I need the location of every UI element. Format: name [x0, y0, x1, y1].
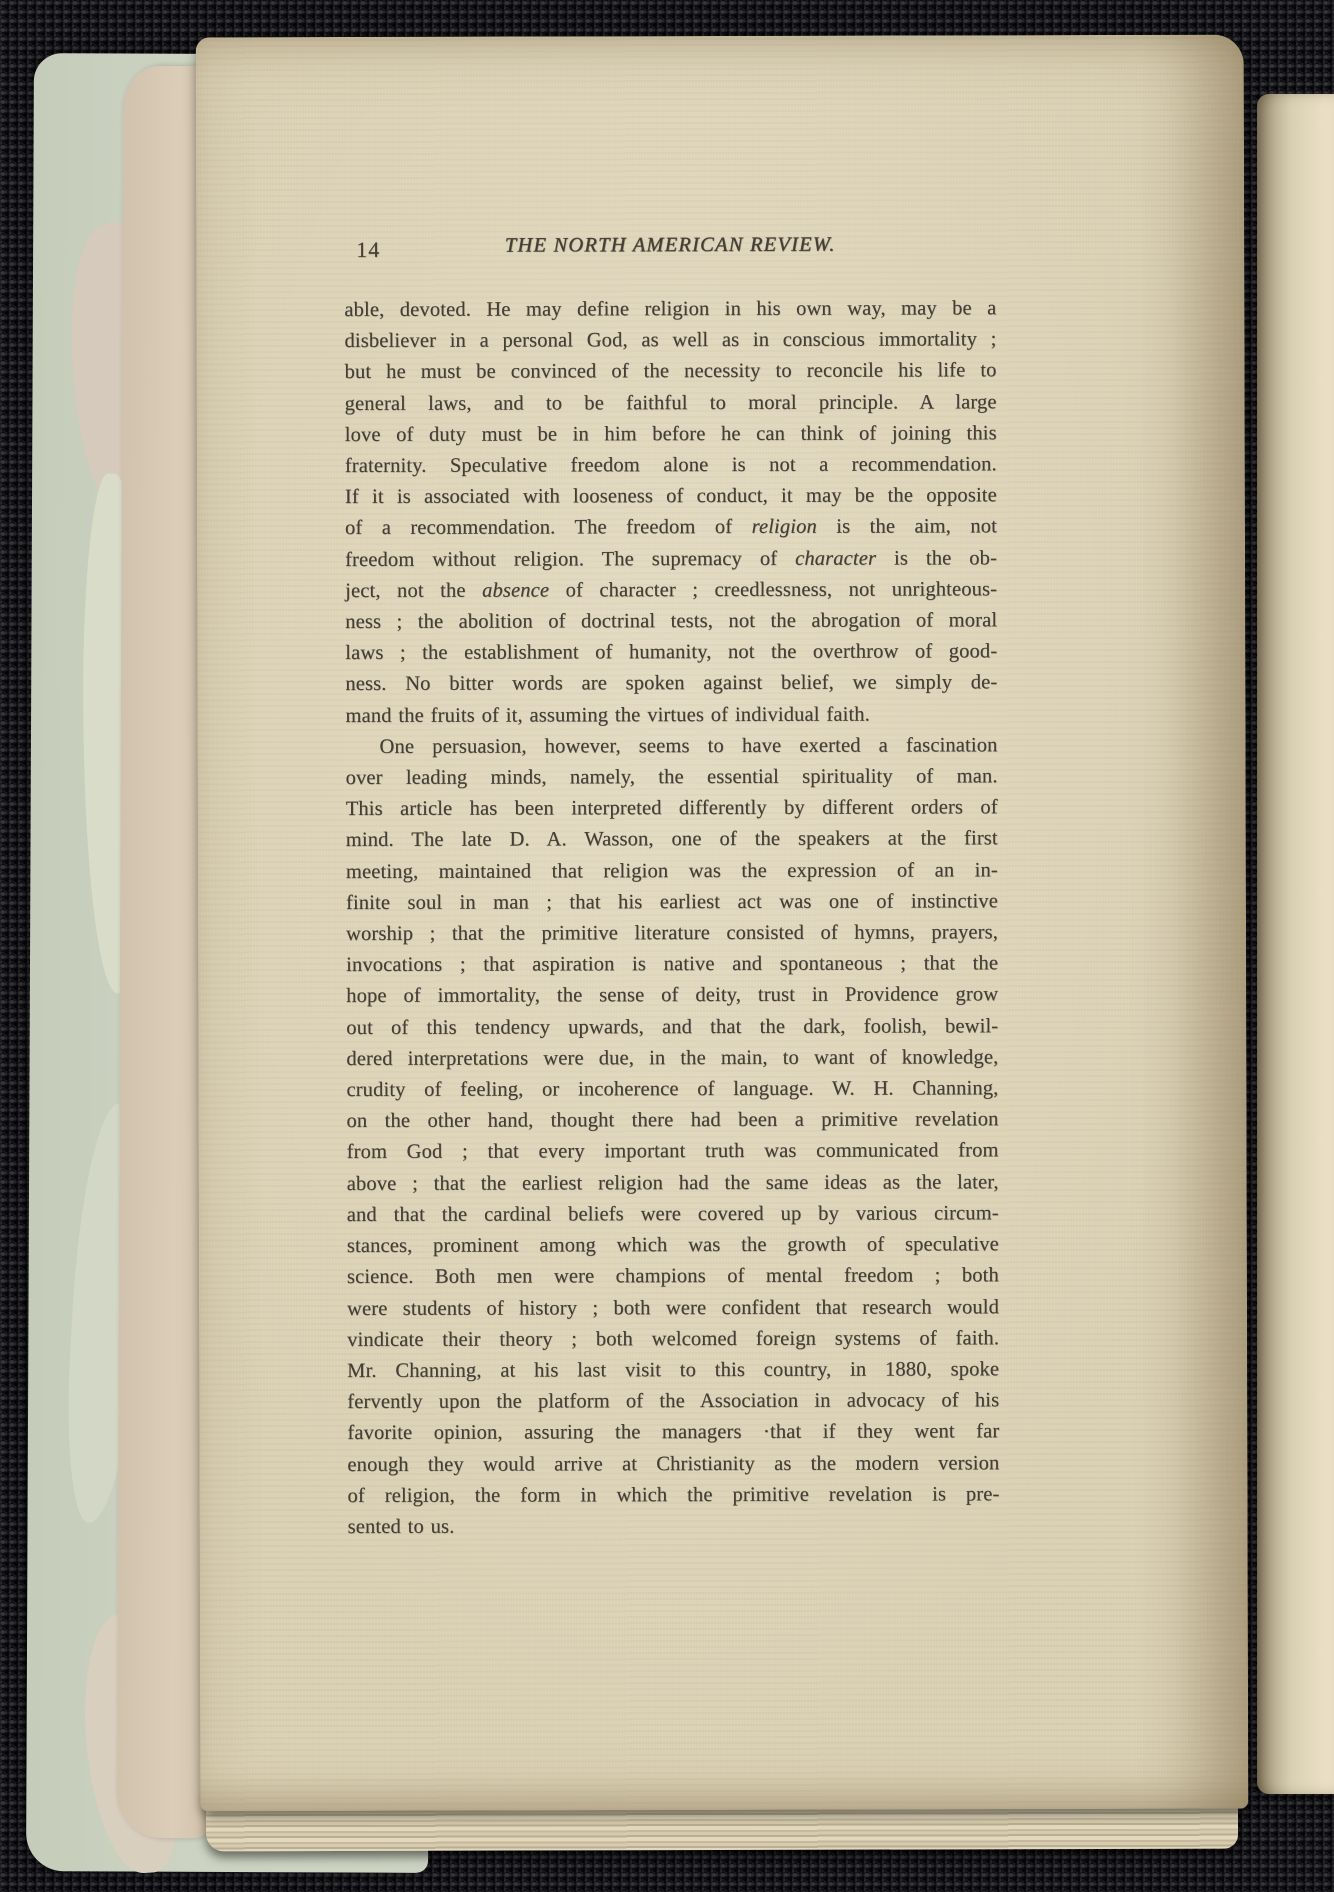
- text-line: invocations ; that aspiration is native …: [346, 949, 998, 982]
- text-line: mind. The late D. A. Wasson, one of the …: [346, 824, 998, 857]
- text-line: above ; that the earliest religion had t…: [347, 1167, 999, 1200]
- text-line: vindicate their theory ; both welcomed f…: [347, 1323, 999, 1356]
- text-line: favorite opinion, assuring the managers …: [347, 1417, 999, 1450]
- text-line: and that the cardinal beliefs were cover…: [347, 1198, 999, 1231]
- text-line: were students of history ; both were con…: [347, 1292, 999, 1325]
- page-body: able, devoted. He may define religion in…: [344, 293, 999, 1543]
- text-line: but he must be convinced of the necessit…: [345, 356, 997, 389]
- text-line: over leading minds, namely, the essentia…: [346, 761, 998, 794]
- text-line: enough they would arrive at Christianity…: [347, 1448, 999, 1481]
- text-line: finite soul in man ; that his earliest a…: [346, 886, 998, 919]
- text-line: meeting, maintained that religion was th…: [346, 855, 998, 888]
- text-line: fervently upon the platform of the Assoc…: [347, 1385, 999, 1418]
- text-line: If it is associated with looseness of co…: [345, 480, 997, 513]
- text-line: sented to us.: [348, 1510, 1000, 1543]
- text-line: worship ; that the primitive literature …: [346, 917, 998, 950]
- text-line: hope of immortality, the sense of deity,…: [346, 980, 998, 1013]
- page-header: 14 THE NORTH AMERICAN REVIEW.: [344, 233, 996, 269]
- text-line: dered interpretations were due, in the m…: [346, 1042, 998, 1075]
- text-line: general laws, and to be faithful to mora…: [345, 387, 997, 420]
- text-line: fraternity. Speculative freedom alone is…: [345, 449, 997, 482]
- paragraph: One persuasion, however, seems to have e…: [345, 730, 999, 1543]
- running-title: THE NORTH AMERICAN REVIEW.: [344, 233, 996, 258]
- text-line: ject, not the absence of character ; cre…: [345, 574, 997, 607]
- text-line: This article has been interpreted differ…: [346, 793, 998, 826]
- text-line: from God ; that every important truth wa…: [347, 1136, 999, 1169]
- text-line: on the other hand, thought there had bee…: [346, 1105, 998, 1138]
- text-line: ness ; the abolition of doctrinal tests,…: [345, 605, 997, 638]
- text-line: ness. No bitter words are spoken against…: [345, 668, 997, 701]
- facing-page-edge: [1257, 94, 1334, 1794]
- text-line: out of this tendency upwards, and that t…: [346, 1011, 998, 1044]
- text-line: able, devoted. He may define religion in…: [344, 293, 996, 326]
- text-line: crudity of feeling, or incoherence of la…: [346, 1073, 998, 1106]
- paragraph: able, devoted. He may define religion in…: [344, 293, 997, 732]
- text-line: of religion, the form in which the primi…: [347, 1479, 999, 1512]
- page-number: 14: [356, 237, 380, 263]
- text-line: love of duty must be in him before he ca…: [345, 418, 997, 451]
- text-line: science. Both men were champions of ment…: [347, 1261, 999, 1294]
- text-line: mand the fruits of it, assuming the virt…: [345, 699, 997, 732]
- text-line: laws ; the establishment of humanity, no…: [345, 637, 997, 670]
- book-page: 14 THE NORTH AMERICAN REVIEW. able, devo…: [196, 35, 1249, 1812]
- text-line: freedom without religion. The supremacy …: [345, 543, 997, 576]
- text-line: One persuasion, however, seems to have e…: [345, 730, 997, 763]
- text-line: Mr. Channing, at his last visit to this …: [347, 1354, 999, 1387]
- text-line: stances, prominent among which was the g…: [347, 1229, 999, 1262]
- text-line: of a recommendation. The freedom of reli…: [345, 512, 997, 545]
- printed-content: 14 THE NORTH AMERICAN REVIEW. able, devo…: [344, 233, 999, 1543]
- text-line: disbeliever in a personal God, as well a…: [344, 324, 996, 357]
